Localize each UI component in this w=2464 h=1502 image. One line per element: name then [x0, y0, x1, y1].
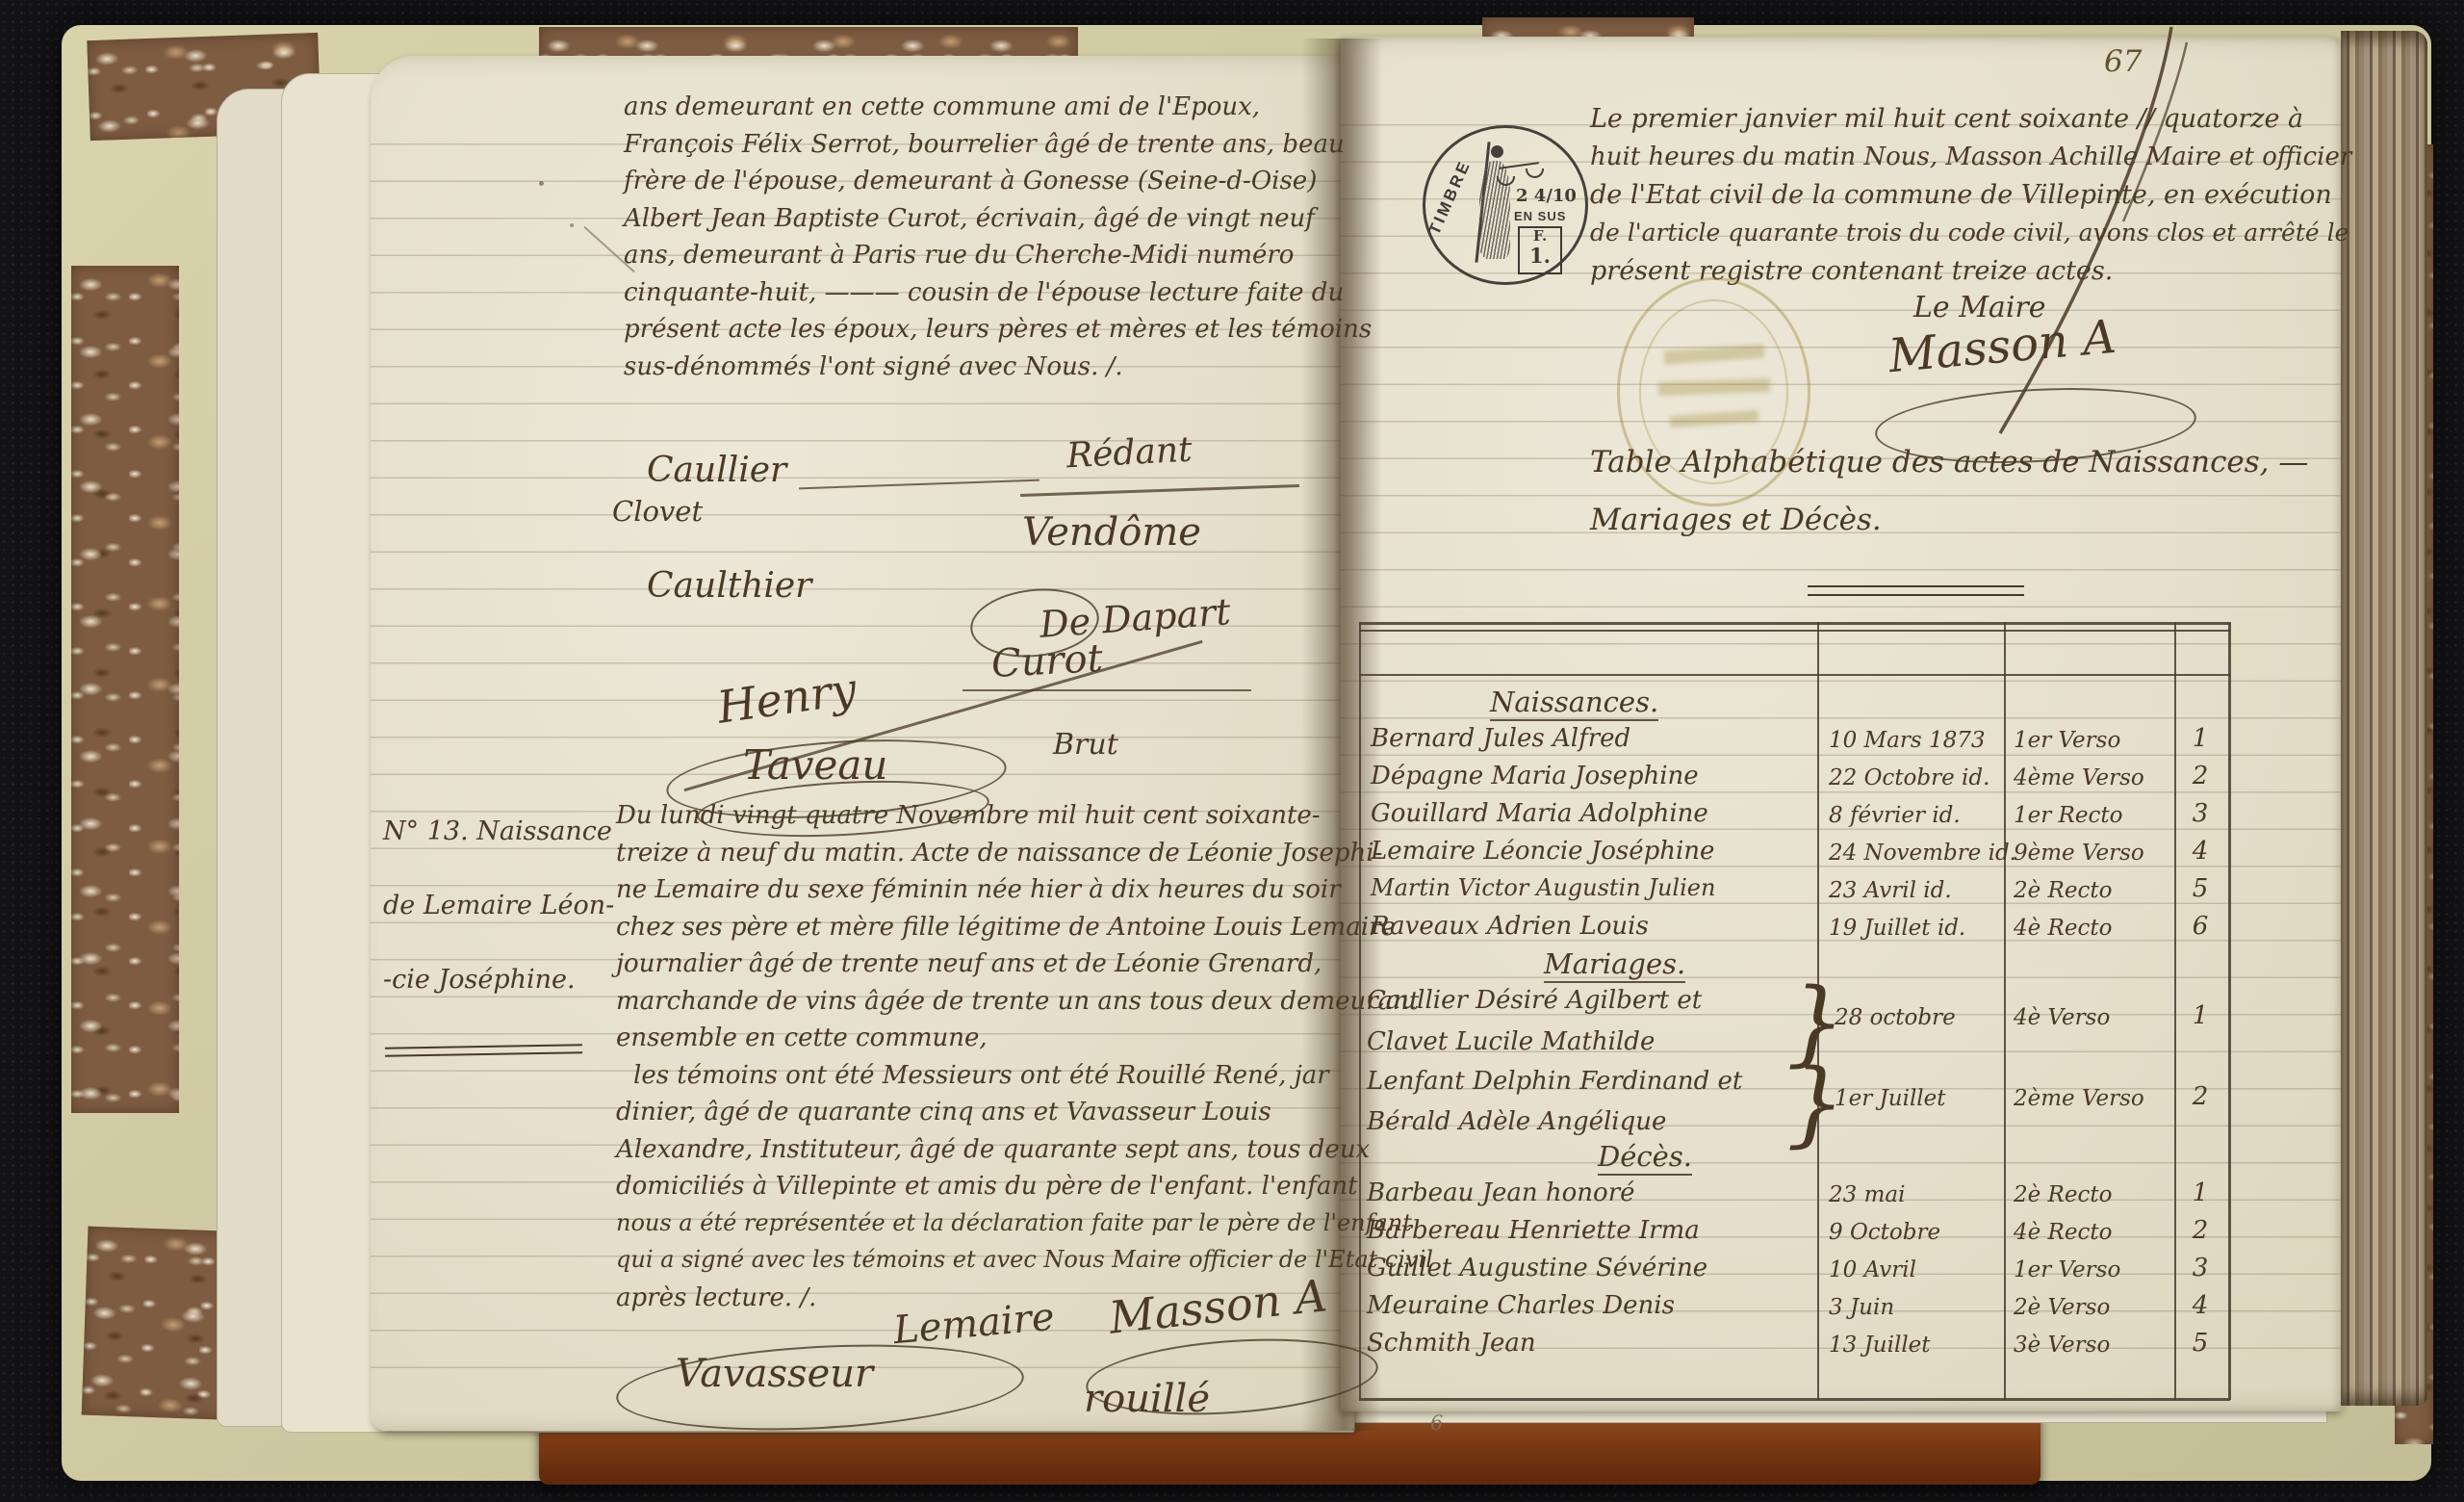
table-row-num: 1 [2177, 1001, 2223, 1030]
table-row-date: 23 Avril id. [1829, 878, 1952, 903]
signature-vendome: Vendôme [1022, 510, 1201, 555]
act-line: domiciliés à Villepinte et amis du père … [616, 1172, 1347, 1209]
table-row-date: 28 octobre [1835, 1005, 1956, 1030]
table-right-border [2228, 622, 2231, 1400]
table-row-name: Barbereau Henriette Irma [1367, 1216, 1800, 1245]
table-row-folio: 4è Recto [2014, 1220, 2112, 1245]
table-row-date: 23 mai [1829, 1182, 1905, 1207]
table-row-folio: 1er Verso [2014, 1257, 2120, 1282]
stamp-smudge [1658, 378, 1770, 396]
signature-clovet: Clovet [612, 495, 703, 528]
table-row-num: 6 [2177, 912, 2223, 941]
ink-speck [570, 223, 574, 227]
act-line: marchande de vins âgée de trente un ans … [616, 987, 1347, 1024]
table-row-date: 24 Novembre id. [1829, 841, 2016, 866]
signature-rouille: rouillé [1084, 1377, 1210, 1421]
signature-caulthier: Caulthier [647, 566, 811, 606]
table-row-name: Barbeau Jean honoré [1367, 1178, 1800, 1207]
signature-brut: Brut [1053, 728, 1118, 762]
table-row-name: Bernard Jules Alfred [1371, 724, 1804, 753]
margin-note-line: N° 13. Naissance [383, 816, 612, 846]
table-row-num: 5 [2177, 874, 2223, 903]
signature-redant: Rédant [1065, 430, 1193, 477]
table-row-folio: 1er Verso [2014, 728, 2120, 753]
act-line: treize à neuf du matin. Acte de naissanc… [616, 839, 1347, 876]
table-row-name: Guillet Augustine Sévérine [1367, 1254, 1800, 1282]
signature-taveau: Taveau [743, 741, 887, 789]
table-row-num: 2 [2177, 1082, 2223, 1111]
act-line: ne Lemaire du sexe féminin née hier à di… [616, 875, 1347, 913]
ink-speck [539, 181, 544, 186]
table-row-num: 1 [2177, 1178, 2223, 1207]
table-bottom-border [1359, 1398, 2230, 1401]
table-vline-num [2174, 622, 2176, 1400]
table-title-line2: Mariages et Décès. [1590, 503, 1882, 537]
table-row-num: 5 [2177, 1329, 2223, 1358]
table-row-folio: 4ème Verso [2014, 765, 2144, 790]
table-row-name: Martin Victor Augustin Julien [1371, 874, 1804, 901]
stamp-timbre-label: TIMBRE [1425, 157, 1476, 238]
table-row-name: Gouillard Maria Adolphine [1371, 799, 1804, 828]
section-heading-naissances: Naissances. [1490, 686, 1658, 721]
birth-act-13-paragraph: Du lundi vingt quatre Novembre mil huit … [616, 801, 1347, 1320]
act-line: frère de l'épouse, demeurant à Gonesse (… [624, 167, 1347, 204]
margin-note-line: de Lemaire Léon- [383, 891, 614, 920]
table-row-date: 13 Juillet [1829, 1333, 1931, 1358]
closing-line: Le premier janvier mil huit cent soixant… [1590, 104, 2336, 142]
fore-edge-page-stack [2341, 31, 2427, 1406]
table-row-name: Clavet Lucile Mathilde [1367, 1027, 1800, 1056]
table-row-date: 22 Octobre id. [1829, 765, 1989, 790]
act-line: Albert Jean Baptiste Curot, écrivain, âg… [624, 204, 1347, 242]
table-row-num: 2 [2177, 762, 2223, 790]
stamp-surcharge-value: 2 4/10 [1516, 186, 1577, 206]
table-row-num: 1 [2177, 724, 2223, 753]
table-row-num: 3 [2177, 1254, 2223, 1282]
signature-vavasseur: Vavasseur [676, 1352, 873, 1396]
table-row-name: Lenfant Delphin Ferdinand et [1367, 1067, 1800, 1096]
table-row-date: 8 février id. [1829, 803, 1961, 828]
act-line: sus-dénommés l'ont signé avec Nous. /. [624, 352, 1347, 390]
act-line: Alexandre, Instituteur, âgé de quarante … [616, 1135, 1347, 1173]
table-row-num: 3 [2177, 799, 2223, 828]
table-row-folio: 2è Recto [2014, 878, 2112, 903]
act-line: les témoins ont été Messieurs ont été Ro… [616, 1061, 1347, 1099]
stamp-en-sus-label: EN SUS [1514, 209, 1566, 223]
table-row-folio: 2è Verso [2014, 1295, 2110, 1320]
table-row-date: 3 Juin [1829, 1295, 1894, 1320]
stamp-franc-box: F. 1. [1518, 226, 1562, 274]
stamp-franc-value: 1. [1520, 245, 1560, 268]
table-row-folio: 4è Recto [2014, 916, 2112, 941]
section-heading-mariages: Mariages. [1544, 947, 1685, 983]
closing-line: de l'article quarante trois du code civi… [1590, 219, 2336, 257]
closing-line: de l'Etat civil de la commune de Villepi… [1590, 180, 2336, 219]
table-top-border-inner [1359, 630, 2230, 632]
table-left-border [1359, 622, 1361, 1400]
table-row-folio: 2è Recto [2014, 1182, 2112, 1207]
table-row-num: 4 [2177, 1291, 2223, 1320]
scales-pan-right-icon [1526, 168, 1544, 178]
table-top-border [1359, 622, 2230, 625]
marriage-act-closing-paragraph: ans demeurant en cette commune ami de l'… [624, 92, 1347, 389]
pencil-mark: 6 [1430, 1411, 1443, 1435]
signature-caullier: Caullier [647, 451, 786, 490]
table-vline-folio [2004, 622, 2006, 1400]
table-row-name: Dépagne Maria Josephine [1371, 762, 1804, 790]
act-line: ans, demeurant à Paris rue du Cherche-Mi… [624, 241, 1347, 278]
marbled-edge-left [71, 266, 179, 1113]
timbre-tax-stamp-icon: TIMBRE 2 4/10 EN SUS F. 1. [1423, 125, 1588, 285]
table-row-name: Meuraine Charles Denis [1367, 1291, 1800, 1320]
stamp-franc-label: F. [1520, 228, 1560, 245]
act-line: ensemble en cette commune, [616, 1023, 1347, 1061]
stamp-smudge [1670, 410, 1759, 427]
table-title-line1: Table Alphabétique des actes de Naissanc… [1590, 445, 2308, 479]
signature-curot: Curot [990, 636, 1104, 686]
table-row-folio: 3è Verso [2014, 1333, 2110, 1358]
table-row-folio: 4è Verso [2014, 1005, 2110, 1030]
act-line: dinier, âgé de quarante cinq ans et Vava… [616, 1098, 1347, 1135]
justice-head-icon [1491, 145, 1503, 158]
act-line: journalier âgé de trente neuf ans et de … [616, 949, 1347, 987]
act-line: présent acte les époux, leurs pères et m… [624, 315, 1347, 352]
table-row-name: Lemaire Léoncie Joséphine [1371, 837, 1804, 866]
table-row-folio: 9ème Verso [2014, 841, 2144, 866]
table-row-name: Raveaux Adrien Louis [1371, 912, 1804, 941]
closing-line: huit heures du matin Nous, Masson Achill… [1590, 142, 2336, 181]
table-row-date: 9 Octobre [1829, 1220, 1940, 1245]
table-row-name: Caullier Désiré Agilbert et [1367, 986, 1800, 1015]
act-line: nous a été représentée et la déclaration… [616, 1209, 1347, 1247]
act-line: ans demeurant en cette commune ami de l'… [624, 92, 1347, 130]
table-row-num: 4 [2177, 837, 2223, 866]
margin-note-line: -cie Joséphine. [383, 965, 576, 995]
table-row-name: Bérald Adèle Angélique [1367, 1107, 1800, 1136]
table-row-date: 10 Avril [1829, 1257, 1916, 1282]
table-row-folio: 2ème Verso [2014, 1086, 2144, 1111]
stamp-smudge [1664, 344, 1765, 364]
table-header-rule [1359, 674, 2230, 676]
table-row-date: 1er Juillet [1835, 1086, 1946, 1111]
act-line: cinquante-huit, ——— cousin de l'épouse l… [624, 278, 1347, 316]
table-row-date: 10 Mars 1873 [1829, 728, 1985, 753]
section-heading-deces: Décès. [1598, 1140, 1692, 1176]
table-title-double-underline [1808, 585, 2024, 596]
table-row-date: 19 Juillet id. [1829, 916, 1965, 941]
act-line: chez ses père et mère fille légitime de … [616, 913, 1347, 950]
signature-flourish [962, 689, 1251, 691]
table-row-num: 2 [2177, 1216, 2223, 1245]
act-line: François Félix Serrot, bourrelier âgé de… [624, 130, 1347, 168]
table-row-folio: 1er Recto [2014, 803, 2122, 828]
table-row-name: Schmith Jean [1367, 1329, 1800, 1358]
act-line: Du lundi vingt quatre Novembre mil huit … [616, 801, 1347, 839]
registry-book-photo: ans demeurant en cette commune ami de l'… [0, 0, 2464, 1502]
register-closing-paragraph: Le premier janvier mil huit cent soixant… [1590, 104, 2336, 295]
